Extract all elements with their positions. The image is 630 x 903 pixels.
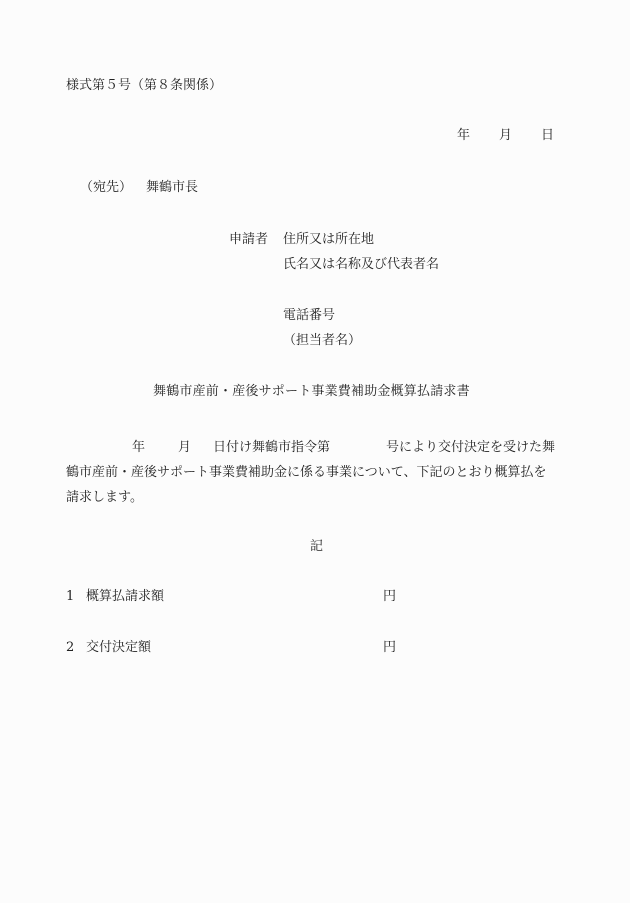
body-line-2: 鶴市産前・産後サポート事業費補助金に係る事業について、下記のとおり概算払を bbox=[66, 460, 578, 485]
item-unit: 円 bbox=[383, 641, 396, 654]
body-year-label: 年 bbox=[132, 440, 145, 455]
item-advance-request-amount: 1概算払請求額円 bbox=[66, 590, 164, 603]
body-month-label: 月 bbox=[178, 440, 191, 455]
applicant-label: 申請者 bbox=[229, 233, 268, 246]
date-line: 年月日 bbox=[457, 129, 554, 142]
applicant-address-field: 住所又は所在地 bbox=[283, 233, 374, 246]
item-unit: 円 bbox=[383, 590, 396, 603]
body-line-3: 請求します。 bbox=[66, 485, 578, 510]
item-number: 1 bbox=[66, 590, 86, 603]
ki-heading: 記 bbox=[310, 540, 323, 553]
body-line-1: 年月日付け舞鶴市指令第号により交付決定を受けた舞 bbox=[66, 435, 578, 460]
item-grant-decision-amount: 2交付決定額円 bbox=[66, 641, 151, 654]
addressee-name: 舞鶴市長 bbox=[146, 180, 198, 195]
form-number: 様式第５号（第８条関係） bbox=[66, 79, 222, 92]
year-label: 年 bbox=[457, 129, 470, 142]
item-number: 2 bbox=[66, 641, 86, 654]
applicant-contact-field: （担当者名） bbox=[283, 334, 361, 347]
applicant-name-field: 氏名又は名称及び代表者名 bbox=[283, 258, 439, 271]
applicant-phone-field: 電話番号 bbox=[283, 309, 335, 322]
addressee: （宛先）舞鶴市長 bbox=[66, 181, 198, 194]
month-label: 月 bbox=[499, 129, 512, 142]
item-label: 概算払請求額 bbox=[86, 589, 164, 604]
item-label: 交付決定額 bbox=[86, 640, 151, 655]
body-paragraph: 年月日付け舞鶴市指令第号により交付決定を受けた舞 鶴市産前・産後サポート事業費補… bbox=[66, 435, 578, 510]
body-text-a: 日付け舞鶴市指令第 bbox=[213, 440, 330, 455]
addressee-prefix: （宛先） bbox=[80, 180, 132, 195]
body-text-b: 号により交付決定を受けた舞 bbox=[386, 440, 555, 455]
day-label: 日 bbox=[541, 129, 554, 142]
document-title: 舞鶴市産前・産後サポート事業費補助金概算払請求書 bbox=[153, 385, 470, 398]
